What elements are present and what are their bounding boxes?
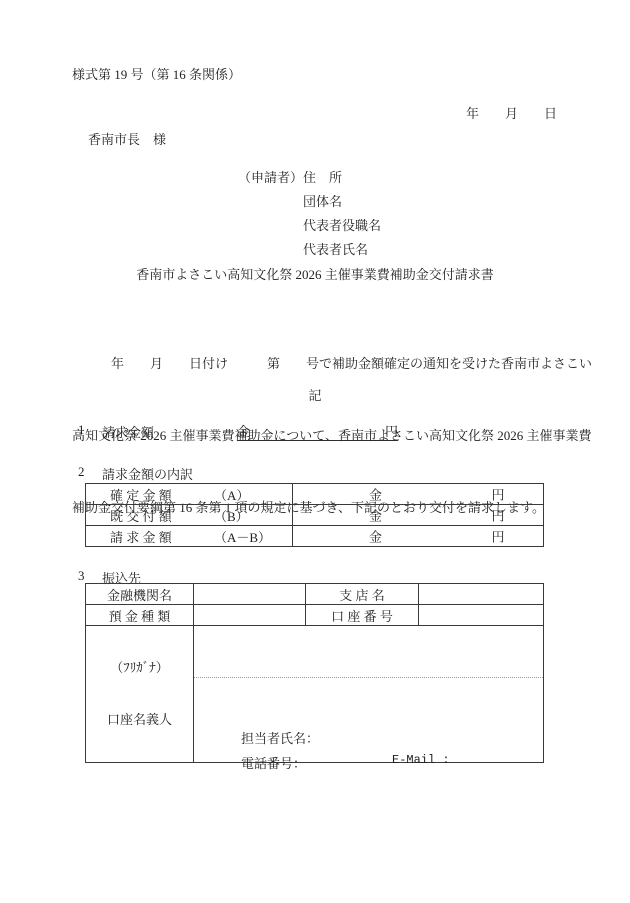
- breakdown-value-cell: 金円: [293, 505, 544, 526]
- document-title: 香南市よさこい高知文化祭 2026 主催事業費補助金交付請求書: [0, 264, 630, 283]
- breakdown-value-cell: 金円: [293, 484, 544, 505]
- email-label: E-Mail :: [392, 753, 450, 767]
- yen-prefix: 金: [369, 506, 382, 525]
- deposit-type-label: 預 金 種 類: [86, 605, 194, 626]
- yen-prefix: 金: [369, 485, 382, 504]
- amount-breakdown-table: 確 定 金 額（A） 金円 既 交 付 額（B） 金円 請 求 金 額（A－B）…: [85, 483, 544, 547]
- furigana-value-area: [194, 658, 543, 678]
- yen-unit: 円: [491, 506, 504, 525]
- section2-label: 請求金額の内訳: [102, 464, 193, 483]
- account-holder-label-cell: （ﾌﾘｶﾞﾅ） 口座名義人: [86, 626, 194, 763]
- row-code-label: （A－B）: [214, 530, 271, 545]
- table-row: 確 定 金 額（A） 金円: [86, 484, 544, 505]
- row-item-label: 請 求 金 額: [110, 527, 214, 546]
- account-number-label: 口 座 番 号: [306, 605, 419, 626]
- phone-number-label: 電話番号：: [241, 753, 306, 772]
- bank-name-label: 金融機関名: [86, 584, 194, 605]
- account-number-value-cell: [419, 605, 544, 626]
- row-item-label: 確 定 金 額: [110, 485, 214, 504]
- yen-prefix: 金: [369, 527, 382, 546]
- section3-number: 3: [78, 568, 85, 584]
- account-holder-value-area: [194, 710, 543, 730]
- addressee: 香南市長 様: [88, 129, 166, 148]
- applicant-rep-title-label: 代表者役職名: [303, 215, 381, 234]
- issue-date-line: 年 月 日: [466, 103, 557, 122]
- table-row: 請 求 金 額（A－B） 金円: [86, 526, 544, 547]
- yen-unit: 円: [491, 485, 504, 504]
- table-row: 既 交 付 額（B） 金円: [86, 505, 544, 526]
- breakdown-value-cell: 金円: [293, 526, 544, 547]
- applicant-address-label: 住 所: [303, 170, 342, 185]
- branch-name-label: 支 店 名: [306, 584, 419, 605]
- table-row: 預 金 種 類 口 座 番 号: [86, 605, 544, 626]
- table-row: 金融機関名 支 店 名: [86, 584, 544, 605]
- section1-label: 請求金額: [102, 422, 154, 441]
- breakdown-label-cell: 確 定 金 額（A）: [86, 484, 293, 505]
- amount-yen-prefix: 金: [237, 421, 250, 440]
- yen-unit: 円: [491, 527, 504, 546]
- amount-yen-unit: 円: [385, 421, 398, 440]
- row-code-label: （B）: [214, 509, 249, 524]
- account-holder-label: 口座名義人: [86, 710, 193, 730]
- amount-fill-line: 金 円: [237, 421, 398, 441]
- section1-number: 1: [78, 422, 85, 438]
- bank-name-value-cell: [194, 584, 306, 605]
- applicant-org-label: 団体名: [303, 191, 342, 210]
- section2-number: 2: [78, 464, 85, 480]
- form-number: 様式第 19 号（第 16 条関係）: [72, 64, 241, 83]
- document-page: 様式第 19 号（第 16 条関係） 年 月 日 香南市長 様 （申請者）住 所…: [0, 0, 630, 903]
- ki-heading: 記: [0, 385, 630, 404]
- applicant-rep-name-label: 代表者氏名: [303, 239, 368, 258]
- breakdown-label-cell: 請 求 金 額（A－B）: [86, 526, 293, 547]
- body-line: 年 月 日付け 第 号で補助金額確定の通知を受けた香南市よさこい: [72, 352, 612, 376]
- furigana-label: （ﾌﾘｶﾞﾅ）: [86, 658, 193, 678]
- branch-name-value-cell: [419, 584, 544, 605]
- row-code-label: （A）: [214, 488, 249, 503]
- breakdown-label-cell: 既 交 付 額（B）: [86, 505, 293, 526]
- applicant-address-line: （申請者）住 所: [238, 167, 342, 186]
- deposit-type-value-cell: [194, 605, 306, 626]
- row-item-label: 既 交 付 額: [110, 506, 214, 525]
- contact-name-label: 担当者氏名：: [241, 728, 319, 747]
- applicant-prefix: （申請者）: [238, 170, 303, 185]
